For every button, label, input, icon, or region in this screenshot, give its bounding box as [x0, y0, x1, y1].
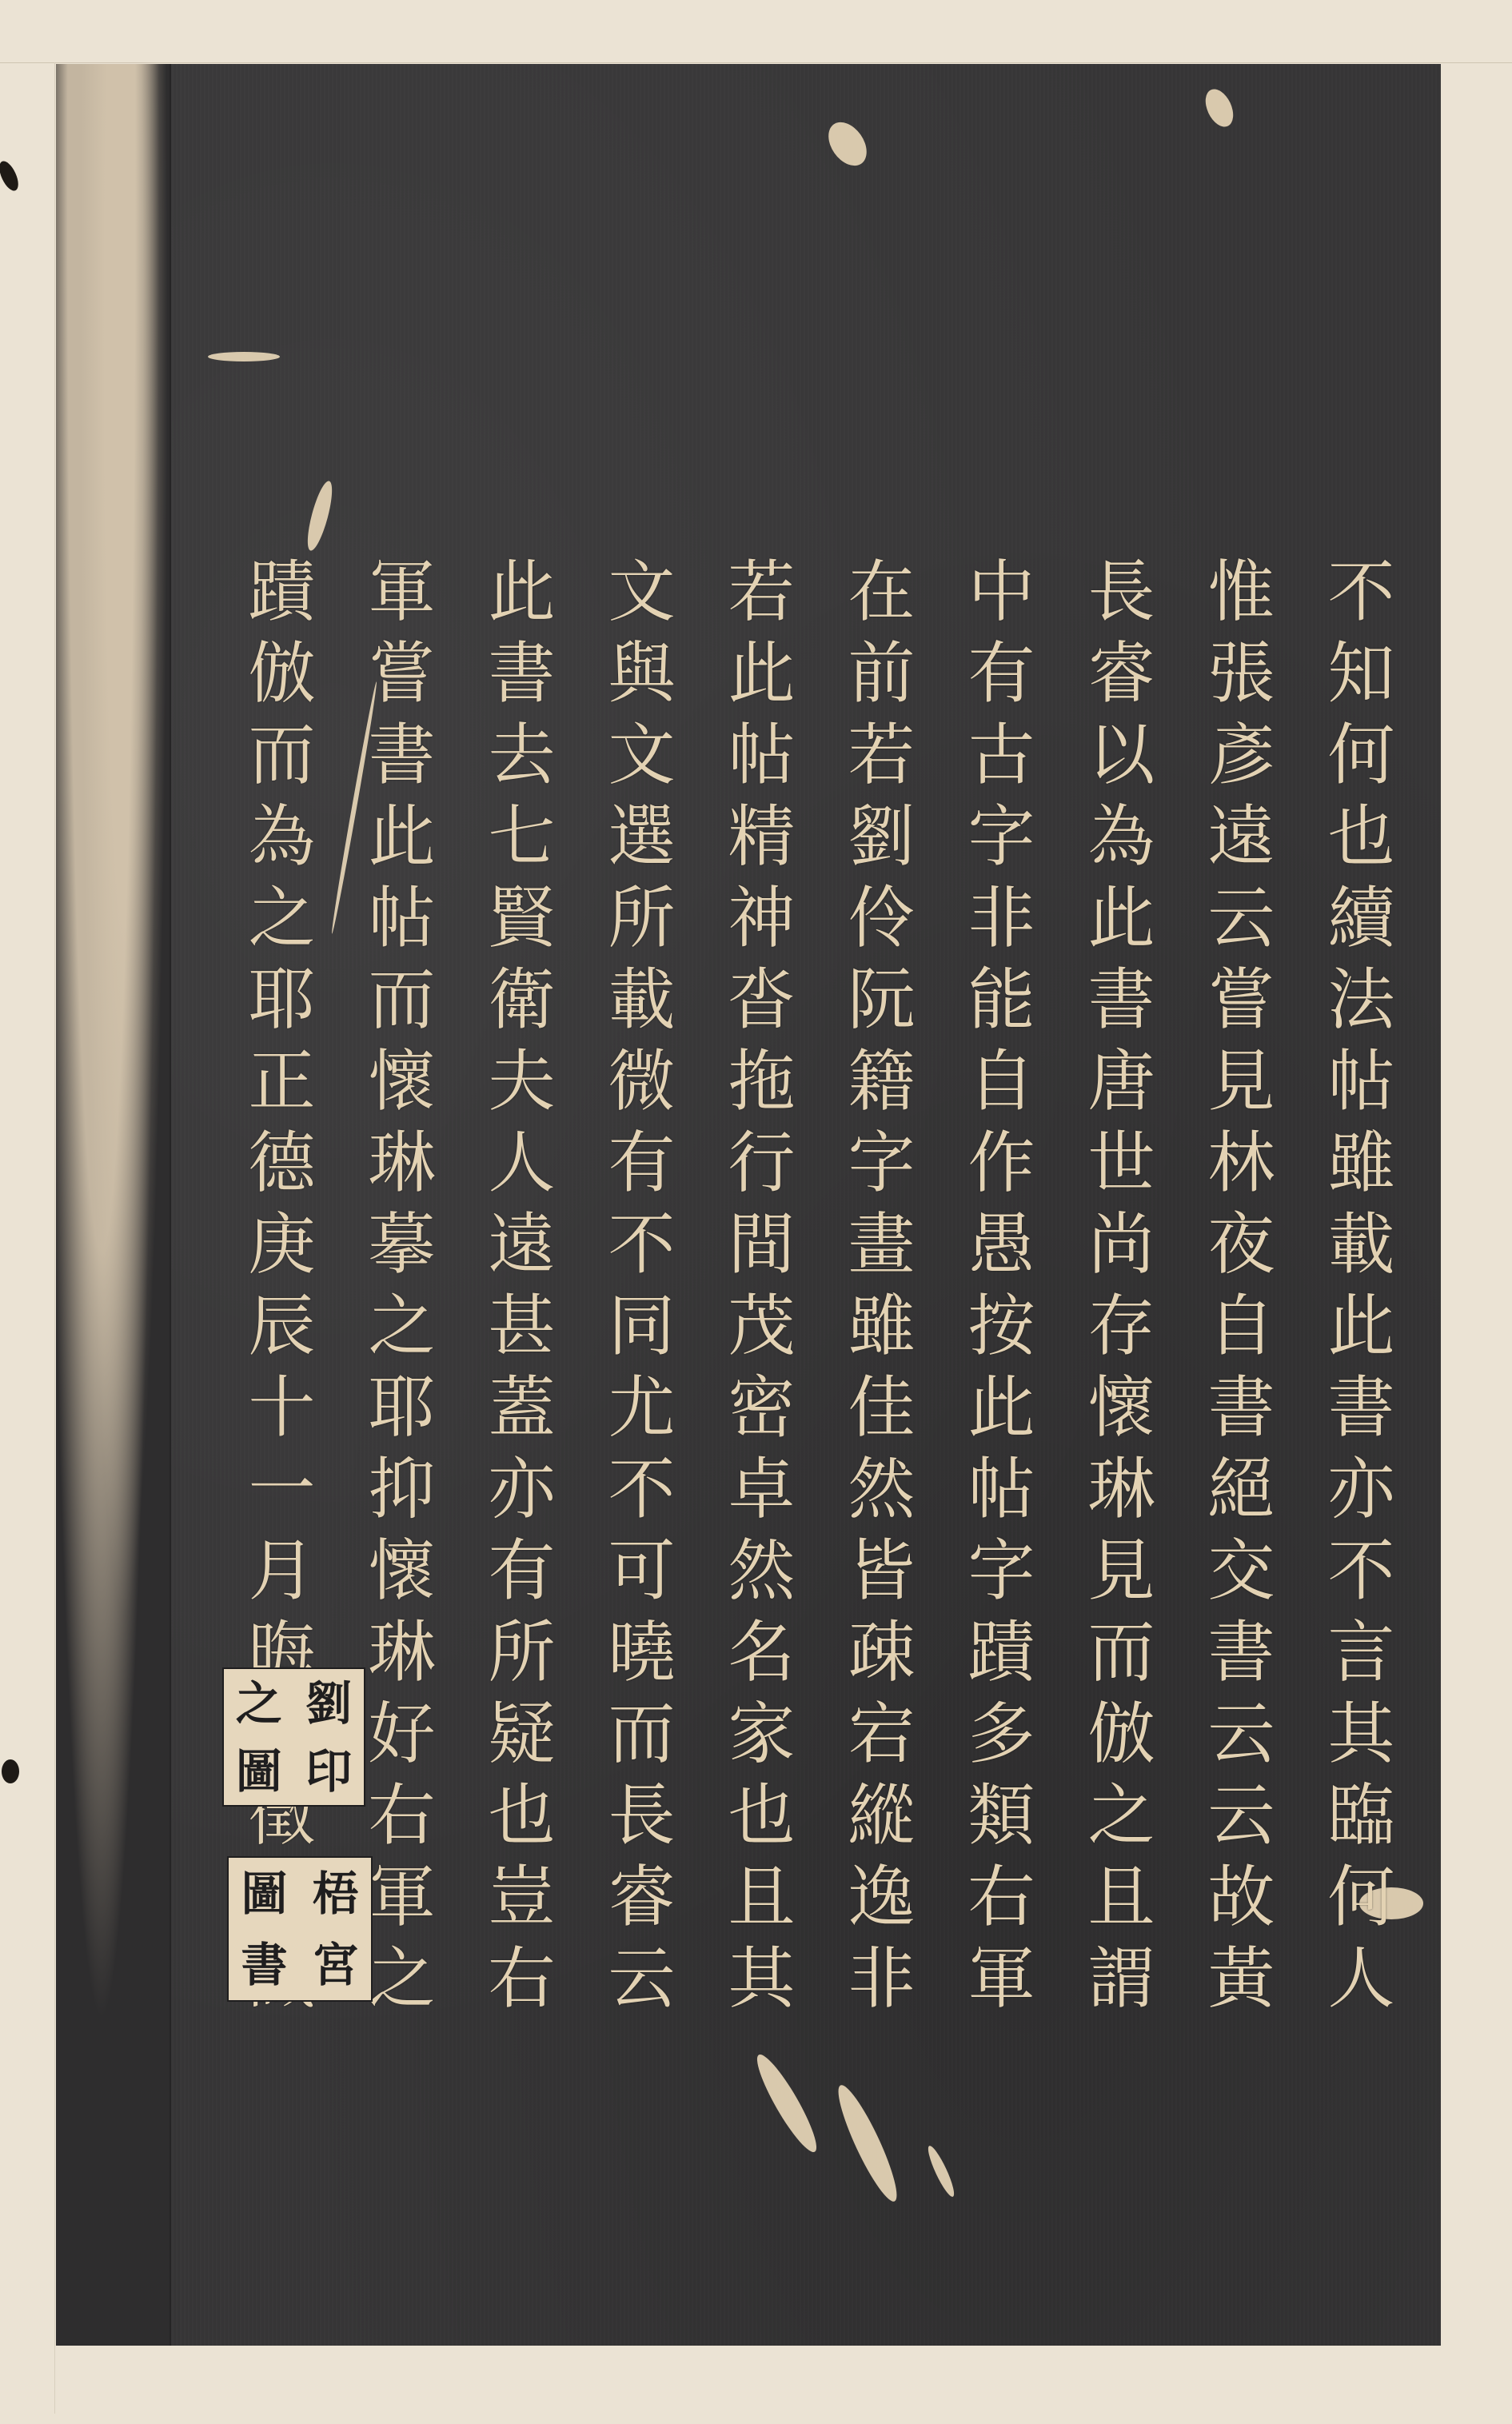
text-column-7: 文與文選所載微有不同尤不可曉而長睿云 [576, 556, 696, 2024]
seal-glyph: 圖 [236, 1748, 282, 1795]
seal-glyph: 印 [305, 1748, 352, 1795]
calligraphy-text: 不知何也續法帖雖載此書亦不言其臨何人 惟張彥遠云嘗見林夜自書絕交書云云故黃 長睿… [217, 556, 1416, 2024]
paper-flaw [303, 479, 337, 553]
text-column-1: 不知何也續法帖雖載此書亦不言其臨何人 [1296, 556, 1416, 2024]
text-column-3: 長睿以為此書唐世尚存懷琳見而倣之且謂 [1056, 556, 1176, 2024]
paper-flaw [820, 115, 874, 173]
paper-edge-line [54, 62, 55, 2414]
paper-flaw [749, 2049, 824, 2157]
text-column-4: 中有古字非能自作愚按此帖字蹟多類右軍 [936, 556, 1056, 2024]
paper-flaw [208, 352, 280, 361]
paper-flaw [924, 2143, 958, 2198]
text-column-2: 惟張彥遠云嘗見林夜自書絕交書云云故黃 [1176, 556, 1296, 2024]
text-column-6: 若此帖精神沓拖行間茂密卓然名家也且其 [696, 556, 816, 2024]
seal-glyph: 劉 [305, 1680, 352, 1727]
ink-stain [2, 1759, 19, 1783]
seal-glyph: 圖 [241, 1871, 288, 1917]
paper-fold-line [0, 62, 1512, 63]
text-column-8: 此書去七賢衛夫人遠甚蓋亦有所疑也豈右 [457, 556, 576, 2024]
seal-glyph: 書 [241, 1942, 288, 1988]
seal-group: 劉 印 之 圖 梧 宮 圖 書 [222, 1667, 373, 2002]
worn-edge-strip [56, 64, 170, 2346]
seal-lower: 梧 宮 圖 書 [227, 1856, 373, 2002]
seal-glyph: 宮 [313, 1942, 359, 1988]
seal-glyph: 之 [236, 1680, 282, 1727]
strip-divider [170, 64, 171, 2346]
seal-upper: 劉 印 之 圖 [222, 1667, 365, 1807]
ink-stain [0, 158, 22, 194]
paper-flaw [830, 2080, 906, 2206]
text-column-5: 在前若劉伶阮籍字畫雖佳然皆疎宕縱逸非 [816, 556, 936, 2024]
seal-glyph: 梧 [313, 1871, 359, 1917]
paper-flaw [1200, 85, 1239, 131]
